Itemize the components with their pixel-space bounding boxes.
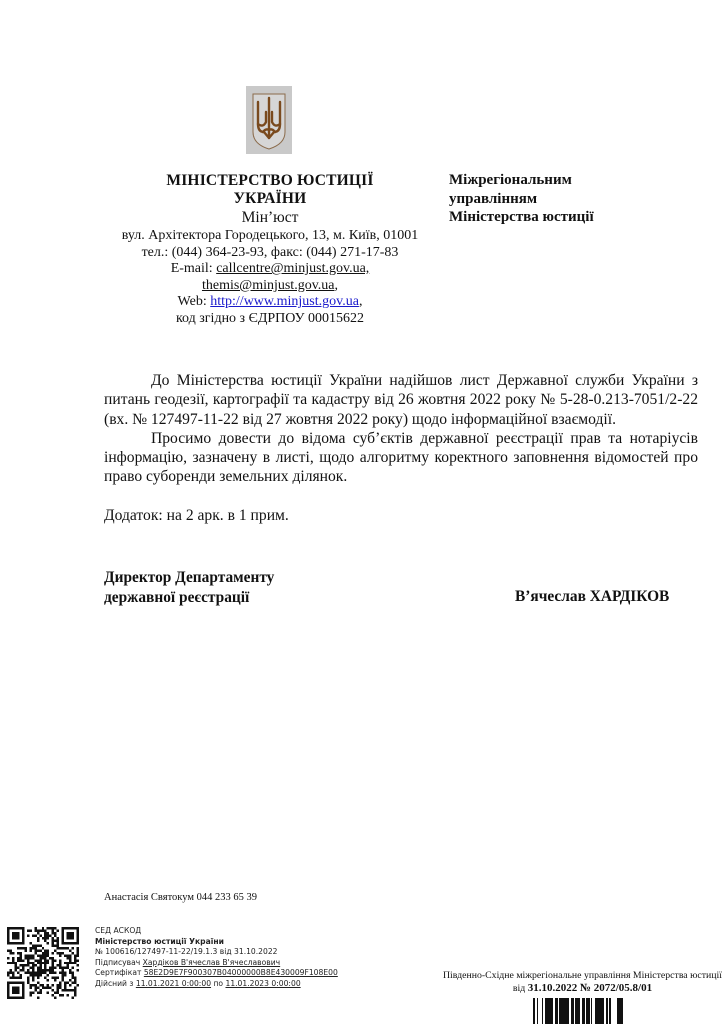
web-suffix: , — [359, 294, 363, 309]
letterhead: МІНІСТЕРСТВО ЮСТИЦІЇ УКРАЇНИ Мін’юст вул… — [100, 172, 440, 328]
esign-valid-label: Дійсний з — [95, 979, 136, 988]
esign-signer-line: Підписувач Хардіков В'ячеслав В'ячеславо… — [95, 958, 338, 969]
qr-code-icon — [7, 927, 79, 999]
org-short-name: Мін’юст — [100, 208, 440, 228]
addressee-line1: Міжрегіональним — [449, 171, 689, 190]
org-phones: тел.: (044) 364-23-93, факс: (044) 271-1… — [100, 245, 440, 262]
esign-valid-line: Дійсний з 11.01.2021 0:00:00 по 11.01.20… — [95, 979, 338, 990]
registration-stamp: Південно-Східне міжрегіональне управлінн… — [440, 970, 725, 995]
email-link-callcentre[interactable]: callcentre@minjust.gov.ua, — [216, 261, 369, 276]
org-name-line2: УКРАЇНИ — [100, 190, 440, 208]
barcode-icon — [533, 998, 625, 1024]
addressee: Міжрегіональним управлінням Міністерства… — [449, 171, 689, 227]
body-paragraph-1: До Міністерства юстиції України надійшов… — [104, 371, 698, 429]
esign-signer-label: Підписувач — [95, 958, 143, 967]
esign-reg-number: № 100616/127497-11-22/19.1.3 від 31.10.2… — [95, 947, 338, 958]
registration-date-prefix: від — [513, 983, 528, 994]
esign-valid-mid: по — [211, 979, 225, 988]
esign-valid-from: 11.01.2021 0:00:00 — [136, 979, 211, 988]
esign-cert-line: Сертифікат 58E2D9E7F900307B04000000B8E43… — [95, 968, 338, 979]
esign-org: Міністерство юстиції України — [95, 937, 338, 948]
esign-cert: 58E2D9E7F900307B04000000B8E430009F108E00 — [144, 968, 338, 977]
esign-valid-to: 11.01.2023 0:00:00 — [225, 979, 300, 988]
signatory-title-line2: державної реєстрації — [104, 588, 274, 608]
signatory-title: Директор Департаменту державної реєстрац… — [104, 568, 274, 607]
org-email-line: E-mail: callcentre@minjust.gov.ua, — [100, 261, 440, 278]
letter-body: До Міністерства юстиції України надійшов… — [104, 371, 698, 525]
org-edrpou: код згідно з ЄДРПОУ 00015622 — [100, 311, 440, 328]
web-label: Web: — [178, 294, 211, 309]
esign-cert-label: Сертифікат — [95, 968, 144, 977]
esign-signer: Хардіков В'ячеслав В'ячеславович — [143, 958, 280, 967]
appendix-note: Додаток: на 2 арк. в 1 прим. — [104, 506, 698, 525]
registration-number: 31.10.2022 № 2072/05.8/01 — [528, 982, 652, 994]
org-address: вул. Архітектора Городецького, 13, м. Ки… — [100, 228, 440, 245]
body-paragraph-2: Просимо довести до відома суб’єктів держ… — [104, 429, 698, 487]
signatory-title-line1: Директор Департаменту — [104, 568, 274, 588]
email-link-themis[interactable]: themis@minjust.gov.ua — [202, 278, 335, 293]
org-email-line-2: themis@minjust.gov.ua, — [100, 278, 440, 295]
email-label: E-mail: — [171, 261, 217, 276]
web-link[interactable]: http://www.minjust.gov.ua — [210, 294, 359, 309]
coat-of-arms-icon — [246, 86, 292, 154]
esign-stamp: СЕД АСКОД Міністерство юстиції України №… — [95, 926, 338, 989]
registration-recipient: Південно-Східне міжрегіональне управлінн… — [440, 970, 725, 982]
email2-suffix: , — [335, 278, 339, 293]
org-web-line: Web: http://www.minjust.gov.ua, — [100, 294, 440, 311]
org-name-line1: МІНІСТЕРСТВО ЮСТИЦІЇ — [100, 172, 440, 190]
esign-system: СЕД АСКОД — [95, 926, 338, 937]
addressee-line3: Міністерства юстиції — [449, 208, 689, 227]
registration-number-line: від 31.10.2022 № 2072/05.8/01 — [440, 982, 725, 995]
executor-contact: Анастасія Святокум 044 233 65 39 — [104, 892, 257, 903]
signatory-name: В’ячеслав ХАРДІКОВ — [515, 587, 669, 607]
addressee-line2: управлінням — [449, 190, 689, 209]
